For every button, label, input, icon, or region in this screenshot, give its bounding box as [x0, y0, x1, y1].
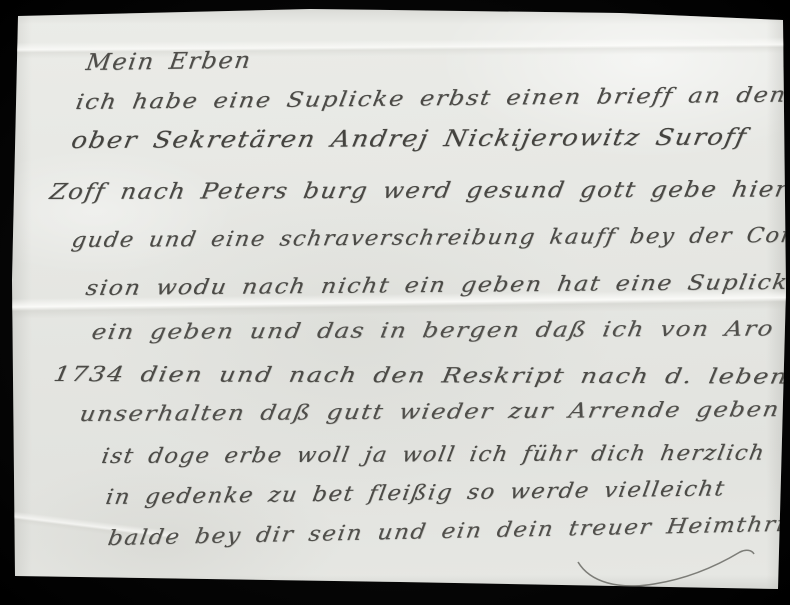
photo-background: Mein Erben ich habe eine Suplicke erbst … — [0, 0, 790, 605]
handwritten-line: 1734 dien und nach den Reskript nach d. … — [52, 362, 790, 389]
handwritten-line: sion wodu nach nicht ein geben hat eine … — [84, 270, 790, 300]
handwritten-line: ich habe eine Suplicke erbst einen brief… — [74, 83, 789, 114]
handwritten-line-salutation: Mein Erben — [84, 48, 253, 76]
handwritten-line: in gedenke zu bet fleißig so werde viell… — [104, 476, 727, 509]
handwritten-line: ist doge erbe woll ja woll ich führ dich… — [100, 441, 768, 468]
handwritten-line: unserhalten daß gutt wieder zur Arrende … — [78, 397, 782, 426]
handwritten-line: gude und eine schraverschreibung kauff b… — [70, 223, 790, 252]
handwritten-line: Zoff nach Peters burg werd gesund gott g… — [48, 177, 790, 205]
handwritten-line-signature: balde bey dir sein und ein dein treuer H… — [106, 511, 790, 550]
signature-flourish-icon — [570, 548, 760, 594]
handwritten-line: ein geben und das in bergen daß ich von … — [90, 316, 776, 344]
letter-paper: Mein Erben ich habe eine Suplicke erbst … — [0, 0, 790, 605]
handwritten-line: ober Sekretären Andrej Nickijerowitz Sur… — [69, 124, 749, 154]
